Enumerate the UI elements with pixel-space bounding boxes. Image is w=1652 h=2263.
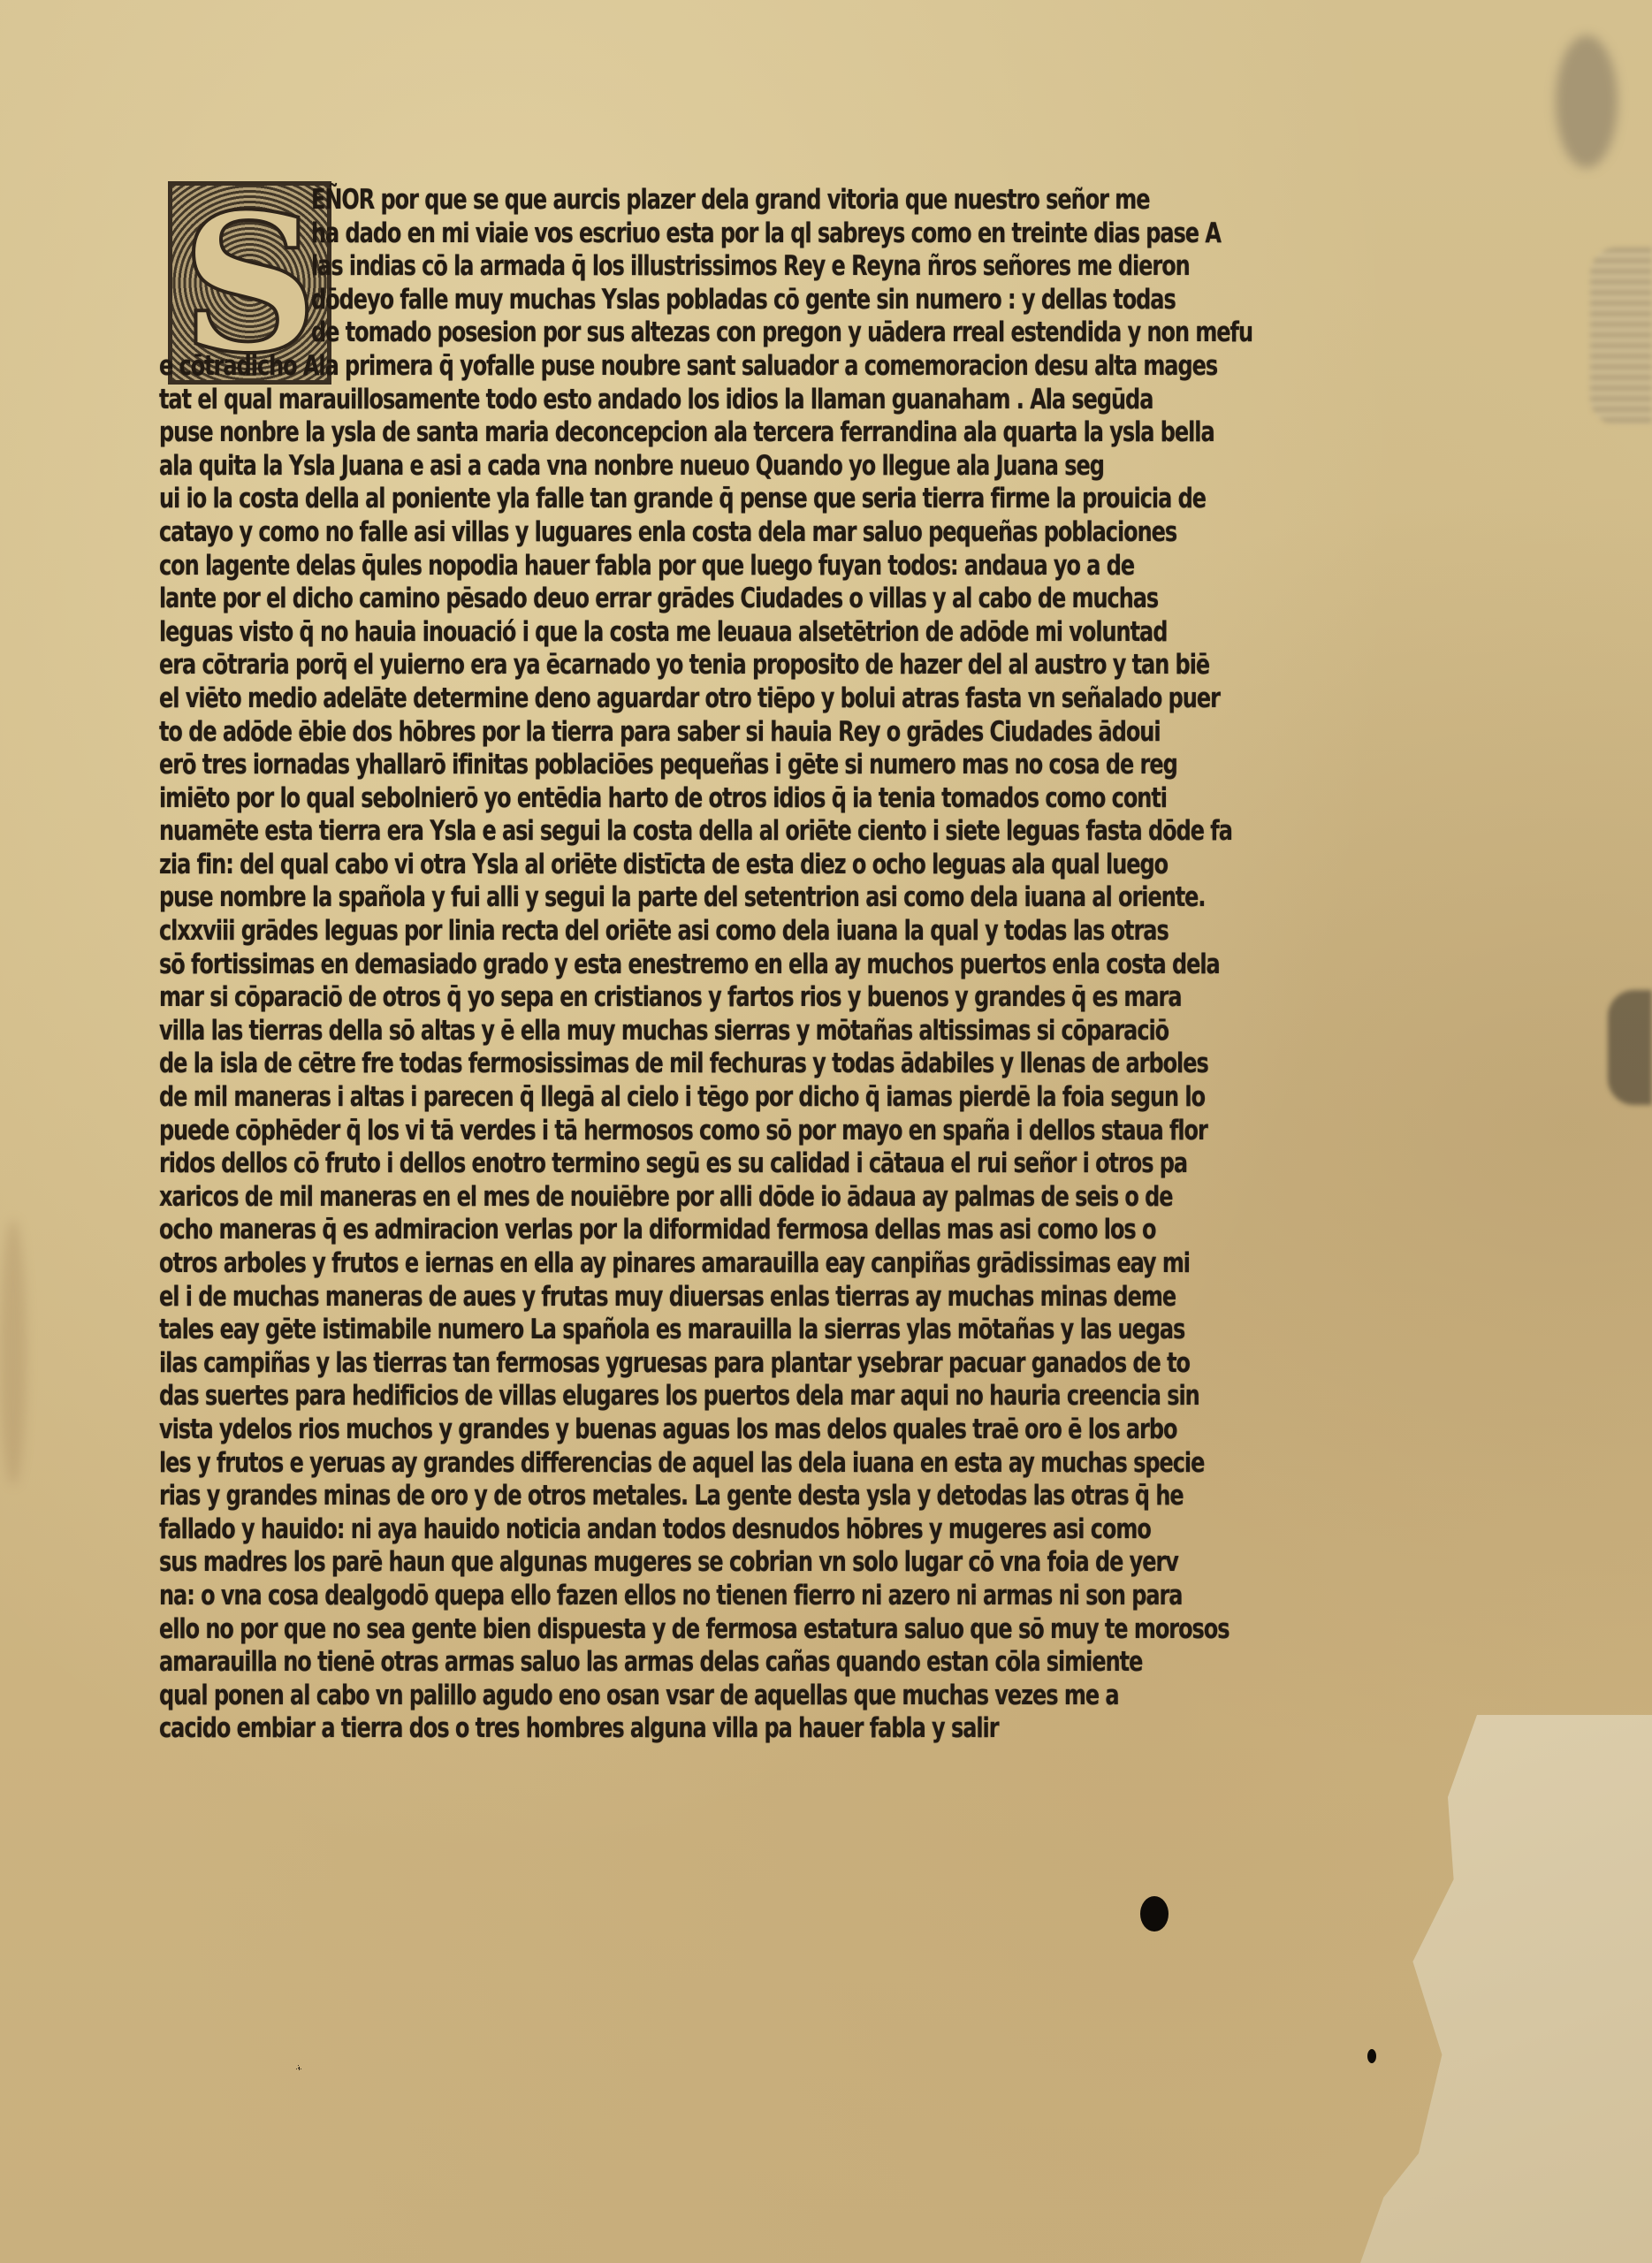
ink-blot <box>301 2069 301 2069</box>
text-line: dōdeyo falle muy muchas Yslas pobladas c… <box>159 284 1314 317</box>
text-line: zia fin: del qual cabo vi otra Ysla al o… <box>159 849 1314 882</box>
ink-blot <box>1140 1896 1169 1932</box>
text-line: ridos dellos cō fruto i dellos enotro te… <box>159 1147 1314 1181</box>
text-line: ilas campiñas y las tierras tan fermosas… <box>159 1347 1314 1381</box>
text-line: el viēto medio adelāte determine deno ag… <box>159 682 1314 716</box>
text-line: amarauilla no tienē otras armas saluo la… <box>159 1646 1314 1680</box>
text-line: las indias cō la armada q̄ los illustris… <box>159 250 1314 284</box>
text-line: villa las tierras della sō altas y ē ell… <box>159 1015 1314 1048</box>
text-line: puse nombre la spañola y fui alli y segu… <box>159 881 1314 915</box>
text-line: catayo y como no falle asi villas y lugu… <box>159 516 1314 550</box>
text-line: ui io la costa della al poniente yla fal… <box>159 483 1314 516</box>
text-line: ha dado en mi viaie vos escriuo esta por… <box>159 217 1314 251</box>
ink-blot <box>296 2069 297 2069</box>
text-line: sus madres los parē haun que algunas mug… <box>159 1546 1314 1580</box>
text-line: tales eay gēte istimabile numero La spañ… <box>159 1314 1314 1347</box>
text-line: fallado y hauido: ni aya hauido noticia … <box>159 1513 1314 1547</box>
text-line: nuamēte esta tierra era Ysla e asi segui… <box>159 815 1314 849</box>
text-line: de mil maneras i altas i parecen q̄ lleg… <box>159 1081 1314 1115</box>
text-line: ala quita la Ysla Juana e asi a cada vna… <box>159 450 1314 484</box>
text-line: el i de muchas maneras de aues y frutas … <box>159 1281 1314 1314</box>
page-tear <box>1360 1715 1652 2263</box>
ink-blot <box>1367 2049 1376 2063</box>
text-line: leguas visto q̄ no hauia inouació i que … <box>159 616 1314 650</box>
text-line: sō fortissimas en demasiado grado y esta… <box>159 949 1314 982</box>
stain <box>0 1220 27 1485</box>
ink-blot <box>298 2065 299 2066</box>
text-line: lante por el dicho camino pēsado deuo er… <box>159 583 1314 616</box>
text-line: clxxviii grādes leguas por linia recta d… <box>159 915 1314 949</box>
text-line: puede cōphēder q̄ los vi tā verdes i tā … <box>159 1115 1314 1148</box>
text-line: cacido embiar a tierra dos o tres hombre… <box>159 1712 1314 1746</box>
text-line: xaricos de mil maneras en el mes de noui… <box>159 1181 1314 1215</box>
text-line: das suertes para hedificios de villas el… <box>159 1380 1314 1413</box>
text-line: to de adōde ēbie dos hōbres por la tierr… <box>159 716 1314 750</box>
text-line: vista ydelos rios muchos y grandes y bue… <box>159 1413 1314 1447</box>
text-line: otros arboles y frutos e iernas en ella … <box>159 1247 1314 1281</box>
text-line: era cōtraria porq̄ el yuierno era ya ēca… <box>159 649 1314 682</box>
text-line: na: o vna cosa dealgodō quepa ello fazen… <box>159 1580 1314 1613</box>
letter-text: EÑOR por que se que aurcis plazer dela g… <box>159 184 1503 1746</box>
text-line: ello no por que no sea gente bien dispue… <box>159 1613 1314 1647</box>
text-line: qual ponen al cabo vn palillo agudo eno … <box>159 1680 1314 1713</box>
right-edge-damage <box>1608 990 1652 1105</box>
text-line: imiēto por lo qual sebolnierō yo entēdia… <box>159 782 1314 816</box>
text-line: erō tres iornadas yhallarō ifinitas pobl… <box>159 749 1314 782</box>
text-line: de tomado posesion por sus altezas con p… <box>159 316 1314 350</box>
text-line: ocho maneras q̄ es admiracion verlas por… <box>159 1214 1314 1247</box>
stain <box>1556 35 1618 168</box>
text-line: tat el qual marauillosamente todo esto a… <box>159 384 1314 417</box>
text-line: con lagente delas q̄ules nopodia hauer f… <box>159 550 1314 583</box>
right-edge-damage <box>1590 248 1652 424</box>
ink-blot <box>299 2069 300 2070</box>
text-line: les y frutos e yeruas ay grandes differe… <box>159 1447 1314 1481</box>
text-line: mar si cōparaciō de otros q̄ yo sepa en … <box>159 981 1314 1015</box>
text-line: EÑOR por que se que aurcis plazer dela g… <box>159 184 1314 217</box>
text-line: rias y grandes minas de oro y de otros m… <box>159 1480 1314 1513</box>
text-line: e cōtradicho Ala primera q̄ yofalle puse… <box>159 350 1314 384</box>
text-line: puse nonbre la ysla de santa maria decon… <box>159 416 1314 450</box>
ink-blot <box>299 2069 300 2069</box>
text-line: de la isla de cētre fre todas fermosissi… <box>159 1048 1314 1081</box>
